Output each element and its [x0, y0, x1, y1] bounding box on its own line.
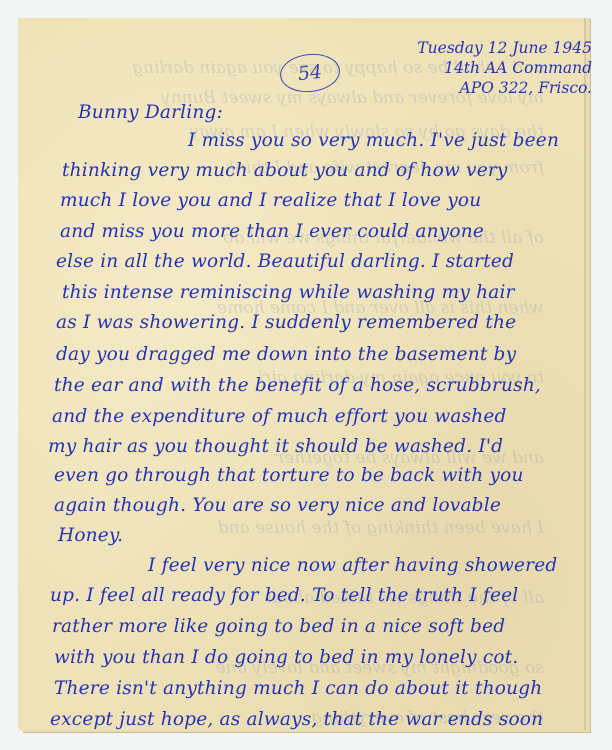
letter-line: this intense reminiscing while washing m…	[62, 282, 515, 303]
letter-line: There isn't anything much I can do about…	[54, 678, 542, 699]
letter-line: much I love you and I realize that I lov…	[60, 190, 481, 211]
letter-line: even go through that torture to be back …	[54, 465, 524, 486]
letter-line: my hair as you thought it should be wash…	[48, 436, 503, 457]
letter-line: else in all the world. Beautiful darling…	[56, 251, 514, 272]
letter-line: I feel very nice now after having shower…	[148, 555, 557, 576]
letter-line: rather more like going to bed in a nice …	[52, 616, 505, 637]
letter-line: the ear and with the benefit of a hose, …	[54, 375, 541, 396]
letter-line: and miss you more than I ever could anyo…	[60, 221, 484, 242]
letter-line: and the expenditure of much effort you w…	[52, 406, 507, 427]
letter-line: again though. You are so very nice and l…	[54, 495, 501, 516]
letter-line: up. I feel all ready for bed. To tell th…	[50, 585, 518, 606]
salutation: Bunny Darling:	[78, 102, 223, 123]
letter-line: as I was showering. I suddenly remembere…	[56, 312, 516, 333]
letter-line: with you than I do going to bed in my lo…	[54, 647, 518, 668]
letter-line: day you dragged me down into the basemen…	[56, 344, 516, 365]
letter-page: and I shall be so happy to see you again…	[18, 18, 586, 730]
letter-line: except just hope, as always, that the wa…	[50, 709, 543, 730]
letter-body: Bunny Darling: I miss you so very much. …	[18, 18, 584, 730]
letter-line: thinking very much about you and of how …	[62, 160, 508, 181]
letter-line: Honey.	[58, 525, 123, 546]
letter-line: I miss you so very much. I've just been	[188, 130, 559, 151]
